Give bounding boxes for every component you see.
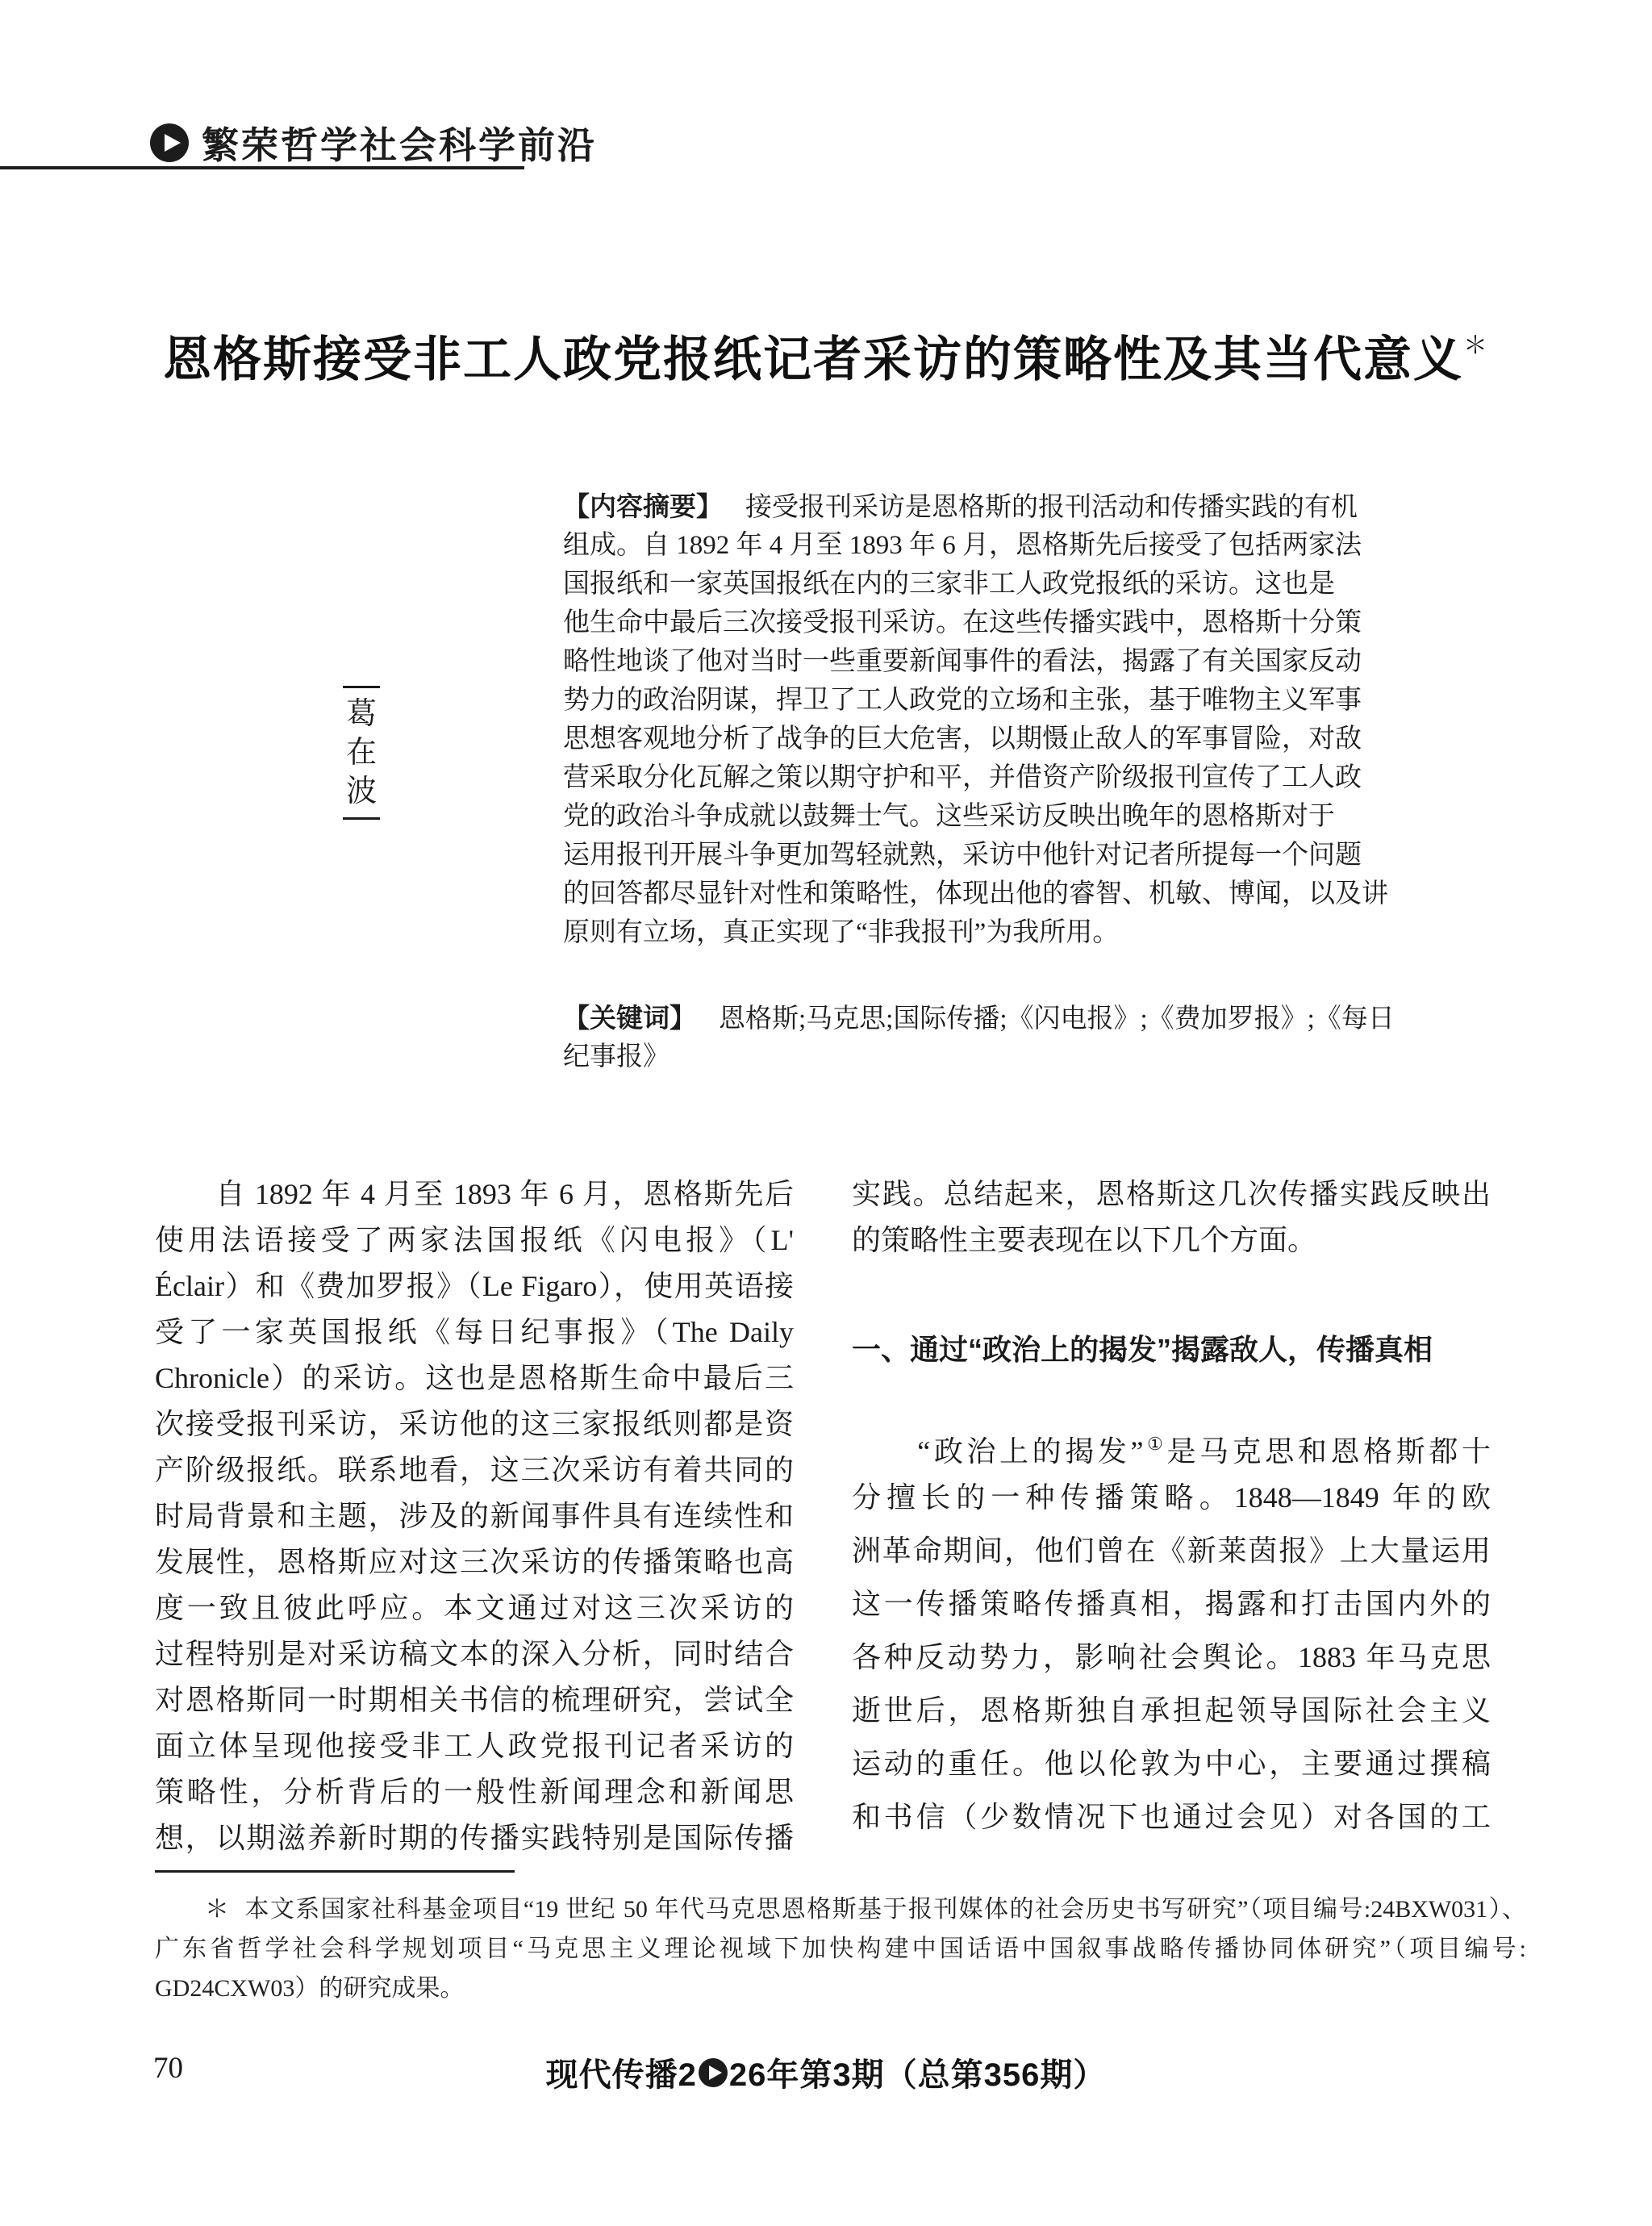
- text-line: 的策略性主要表现在以下几个方面。: [852, 1217, 1491, 1263]
- body-left-column: 自 1892 年 4 月至 1893 年 6 月，恩格斯先后使用法语接受了两家法…: [155, 1171, 794, 1861]
- text-line: 各种反动势力，影响社会舆论。1883 年马克思: [852, 1631, 1491, 1684]
- journal-page: 繁荣哲学社会科学前沿 恩格斯接受非工人政党报纸记者采访的策略性及其当代意义＊ 葛…: [0, 0, 1652, 2226]
- text-line: 和书信（少数情况下也通过会见）对各国的工: [852, 1790, 1491, 1844]
- author-box: 葛 在 波: [340, 686, 382, 820]
- footnote-block: ＊本文系国家社科基金项目“19 世纪 50 年代马克思恩格斯基于报刊媒体的社会历…: [155, 1890, 1526, 2008]
- text-line: 国报纸和一家英国报纸在内的三家非工人政党报纸的采访。这也是: [563, 565, 1328, 603]
- text-line: 度一致且彼此呼应。本文通过对这三次采访的: [155, 1585, 794, 1631]
- text-line: Chronicle）的采访。这也是恩格斯生命中最后三: [155, 1355, 794, 1401]
- section-heading: 一、通过“政治上的揭发”揭露敌人，传播真相: [852, 1326, 1491, 1372]
- abstract-label: 【内容摘要】: [563, 491, 723, 521]
- text-line: 营采取分化瓦解之策以期守护和平，并借资产阶级报刊宣传了工人政: [563, 758, 1328, 797]
- footnote-first-line-text: 本文系国家社科基金项目“19 世纪 50 年代马克思恩格斯基于报刊媒体的社会历史…: [244, 1896, 1526, 1923]
- text-line: 广东省哲学社会科学规划项目“马克思主义理论视域下加快构建中国话语中国叙事战略传播…: [155, 1929, 1526, 1969]
- text-line: 党的政治斗争成就以鼓舞士气。这些采访反映出晚年的恩格斯对于: [563, 797, 1328, 836]
- keywords-first-line: 【关键词】恩格斯;马克思;国际传播;《闪电报》;《费加罗报》;《每日: [563, 999, 1328, 1038]
- text-line: 这一传播策略传播真相，揭露和打击国内外的: [852, 1577, 1491, 1631]
- text-line: “政治上的揭发”①是马克思和恩格斯都十: [852, 1418, 1491, 1471]
- text-line: Éclair）和《费加罗报》（Le Figaro），使用英语接: [155, 1263, 794, 1309]
- journal-name-suffix: 26年第3期（总第356期）: [729, 2049, 1106, 2095]
- author-name-char: 波: [346, 773, 377, 810]
- author-rule-bottom: [343, 817, 380, 820]
- article-title: 恩格斯接受非工人政党报纸记者采访的策略性及其当代意义＊: [0, 321, 1652, 390]
- text-line: 纪事报》: [563, 1038, 1328, 1076]
- para-line1-post: 是马克思和恩格斯都十: [1166, 1435, 1491, 1468]
- text-line: 逝世后，恩格斯独自承担起领导国际社会主义: [852, 1684, 1491, 1737]
- right-column-paragraph: “政治上的揭发”①是马克思和恩格斯都十 分擅长的一种传播策略。1848—1849…: [852, 1418, 1491, 1844]
- header-rule: [0, 166, 524, 169]
- abstract-first-line: 【内容摘要】接受报刊采访是恩格斯的报刊活动和传播实践的有机: [563, 487, 1328, 526]
- text-line: 运动的重任。他以伦敦为中心，主要通过撰稿: [852, 1737, 1491, 1790]
- text-line: 使用法语接受了两家法国报纸《闪电报》（L': [155, 1217, 794, 1263]
- author-rule-top: [343, 686, 380, 688]
- journal-name-prefix: 现代传播2: [546, 2049, 697, 2095]
- author-name-char: 在: [346, 734, 377, 771]
- right-column-intro: 实践。总结起来，恩格斯这几次传播实践反映出的策略性主要表现在以下几个方面。: [852, 1171, 1491, 1263]
- journal-footer: 现代传播2 26年第3期（总第356期）: [0, 2049, 1652, 2095]
- footnote-ref-1: ①: [1143, 1434, 1166, 1454]
- footnote-lines: 广东省哲学社会科学规划项目“马克思主义理论视域下加快构建中国话语中国叙事战略传播…: [155, 1929, 1526, 2008]
- right-column-paragraph-lines: 分擅长的一种传播策略。1848—1849 年的欧洲革命期间，他们曾在《新莱茵报》…: [852, 1471, 1491, 1844]
- text-line: 想，以期滋养新时期的传播实践特别是国际传播: [155, 1815, 794, 1861]
- text-line: 的回答都尽显针对性和策略性，体现出他的睿智、机敏、博闻，以及讲: [563, 875, 1328, 913]
- series-header: 繁荣哲学社会科学前沿: [150, 116, 597, 169]
- text-line: 次接受报刊采访，采访他的这三家报纸则都是资: [155, 1401, 794, 1447]
- title-note-marker: ＊: [1463, 332, 1489, 359]
- text-line: 自 1892 年 4 月至 1893 年 6 月，恩格斯先后: [155, 1171, 794, 1217]
- play-circle-icon: [150, 123, 189, 162]
- footnote-first-line: ＊本文系国家社科基金项目“19 世纪 50 年代马克思恩格斯基于报刊媒体的社会历…: [155, 1890, 1526, 1929]
- footnote-divider: [155, 1870, 515, 1873]
- text-line: 分擅长的一种传播策略。1848—1849 年的欧: [852, 1471, 1491, 1524]
- keywords-label: 【关键词】: [563, 1003, 696, 1033]
- footnote-marker: ＊: [205, 1896, 230, 1923]
- text-line: 时局背景和主题，涉及的新闻事件具有连续性和: [155, 1493, 794, 1539]
- author-name-char: 葛: [346, 695, 377, 733]
- text-line: 实践。总结起来，恩格斯这几次传播实践反映出: [852, 1171, 1491, 1217]
- article-title-text: 恩格斯接受非工人政党报纸记者采访的策略性及其当代意义: [163, 332, 1463, 386]
- keywords-block: 【关键词】恩格斯;马克思;国际传播;《闪电报》;《费加罗报》;《每日 纪事报》: [563, 999, 1328, 1076]
- text-line: GD24CXW03）的研究成果。: [155, 1969, 1526, 2008]
- text-line: 对恩格斯同一时期相关书信的梳理研究，尝试全: [155, 1677, 794, 1723]
- keywords-first-line-text: 恩格斯;马克思;国际传播;《闪电报》;《费加罗报》;《每日: [719, 1004, 1395, 1034]
- journal-zero-play-icon: [699, 2058, 728, 2087]
- text-line: 洲革命期间，他们曾在《新莱茵报》上大量运用: [852, 1524, 1491, 1577]
- text-line: 发展性，恩格斯应对这三次采访的传播策略也高: [155, 1539, 794, 1585]
- text-line: 过程特别是对采访稿文本的深入分析，同时结合: [155, 1631, 794, 1677]
- text-line: 组成。自 1892 年 4 月至 1893 年 6 月，恩格斯先后接受了包括两家…: [563, 526, 1328, 565]
- text-line: 受了一家英国报纸《每日纪事报》（The Daily: [155, 1309, 794, 1355]
- text-line: 面立体呈现他接受非工人政党报刊记者采访的: [155, 1723, 794, 1769]
- abstract-block: 【内容摘要】接受报刊采访是恩格斯的报刊活动和传播实践的有机 组成。自 1892 …: [563, 487, 1328, 952]
- body-right-column: 实践。总结起来，恩格斯这几次传播实践反映出的策略性主要表现在以下几个方面。 一、…: [852, 1171, 1491, 1844]
- abstract-lines: 组成。自 1892 年 4 月至 1893 年 6 月，恩格斯先后接受了包括两家…: [563, 526, 1328, 952]
- text-line: 原则有立场，真正实现了“非我报刊”为我所用。: [563, 913, 1328, 952]
- text-line: 略性地谈了他对当时一些重要新闻事件的看法，揭露了有关国家反动: [563, 642, 1328, 681]
- series-title: 繁荣哲学社会科学前沿: [202, 116, 597, 169]
- text-line: 产阶级报纸。联系地看，这三次采访有着共同的: [155, 1447, 794, 1493]
- text-line: 运用报刊开展斗争更加驾轻就熟，采访中他针对记者所提每一个问题: [563, 836, 1328, 875]
- text-line: 思想客观地分析了战争的巨大危害，以期慑止敌人的军事冒险，对敌: [563, 720, 1328, 758]
- text-line: 势力的政治阴谋，捍卫了工人政党的立场和主张，基于唯物主义军事: [563, 681, 1328, 720]
- text-line: 他生命中最后三次接受报刊采访。在这些传播实践中，恩格斯十分策: [563, 603, 1328, 642]
- para-line1-pre: “政治上的揭发”: [852, 1435, 1143, 1468]
- abstract-first-line-text: 接受报刊采访是恩格斯的报刊活动和传播实践的有机: [745, 493, 1358, 522]
- text-line: 策略性，分析背后的一般性新闻理念和新闻思: [155, 1769, 794, 1815]
- keywords-lines: 纪事报》: [563, 1038, 1328, 1076]
